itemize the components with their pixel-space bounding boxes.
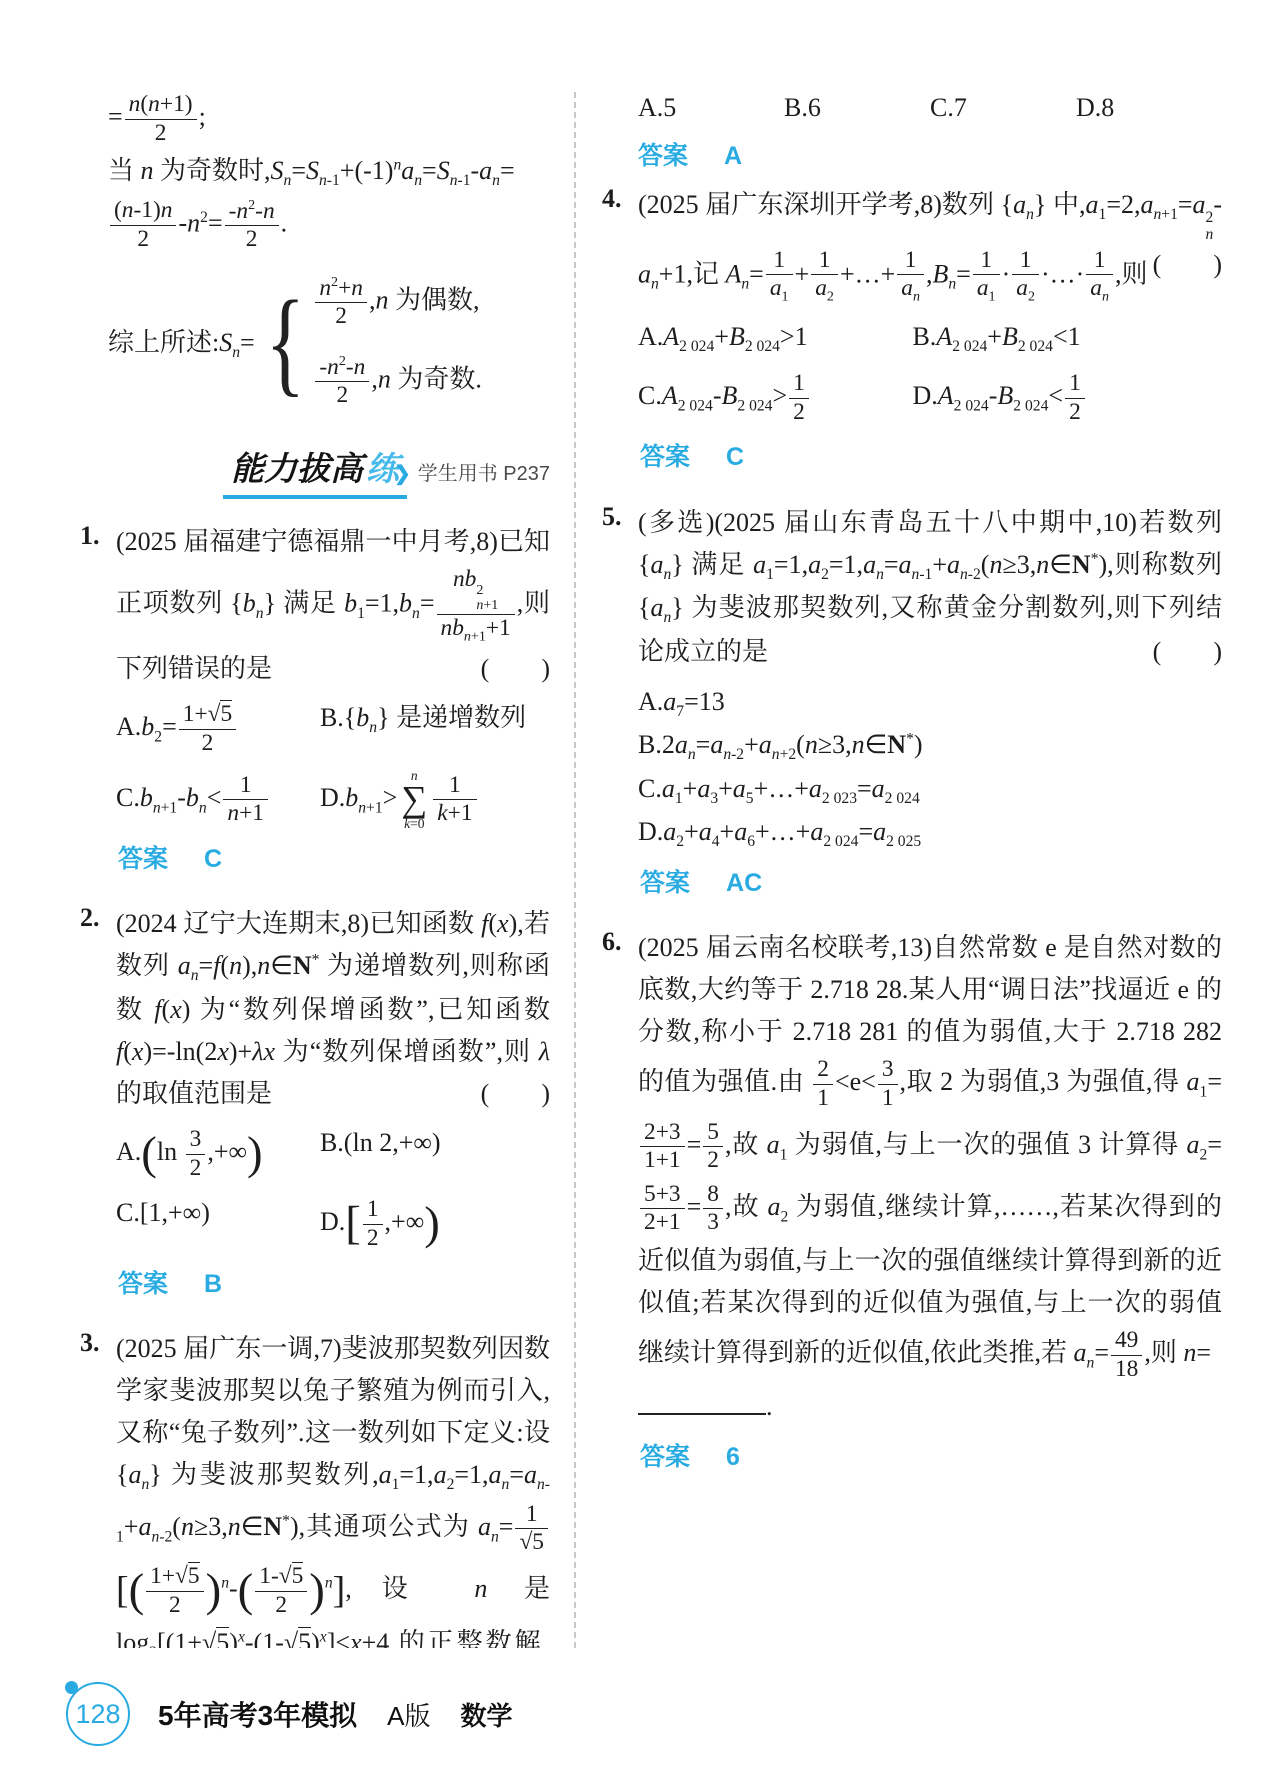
problem-2-option-c: C.[1,+∞): [116, 1193, 320, 1255]
problem-4-option-c: C.A2 024-B2 024>12: [638, 367, 912, 429]
problem-5-option-d: D.a2+a4+a6+…+a2 024=a2 025: [638, 811, 1222, 854]
problem-5-options: A.a7=13 B.2an=an-2+an+2(n≥3,n∈N*) C.a1+a…: [638, 681, 1222, 855]
answer-label: 答案: [118, 1264, 168, 1305]
problem-3-answer: 答案 A: [602, 136, 1222, 172]
answer-value: B: [204, 1264, 222, 1305]
page-number: 128: [75, 1699, 120, 1730]
problem-4-number: 4.: [602, 184, 638, 489]
page-number-badge: 128: [66, 1682, 130, 1746]
answer-label: 答案: [640, 1437, 690, 1478]
textbook-page: =n(n+1)2; 当 n 为奇数时,Sn=Sn-1+(-1)nan=Sn-1-…: [0, 0, 1276, 1790]
problem-1-option-b: B.{bn} 是递增数列: [320, 698, 550, 760]
problem-2-option-d: D.[12,+∞): [320, 1193, 550, 1255]
solution-line: =n(n+1)2;: [80, 88, 550, 150]
problem-3-option-c: C.7: [930, 88, 1076, 128]
problem-3-option-a: A.5: [638, 88, 784, 128]
section-ref-text: 学生用书 P237: [418, 463, 550, 485]
problem-4-answer: 答案 C: [638, 437, 1222, 478]
problem-3-stem: (2025 届广东一调,7)斐波那契数列因数学家斐波那契以兔子繁殖为例而引入,又…: [116, 1328, 550, 1648]
problem-6: 6. (2025 届云南名校联考,13)自然常数 e 是自然对数的底数,大约等于…: [602, 927, 1222, 1489]
problem-6-answer: 答案 6: [638, 1437, 1222, 1478]
problem-1-stem: (2025 届福建宁德福鼎一中月考,8)已知正项数列 {bn} 满足 b1=1,…: [116, 521, 550, 691]
answer-label: 答案: [640, 437, 690, 478]
chevron-right-icon: ❯: [394, 463, 411, 485]
problem-2-option-a: A.(ln 32,+∞): [116, 1123, 320, 1185]
section-title: 能力拔高练: [223, 443, 407, 499]
answer-value: AC: [726, 863, 762, 904]
case-even: n2+n2,n 为偶数,: [313, 271, 482, 334]
answer-label: 答案: [640, 863, 690, 904]
problem-1-option-d: D.bn+1>n∑k=01k+1: [320, 769, 550, 831]
problem-4-option-a: A.A2 024+B2 024>1: [638, 317, 912, 359]
left-column: =n(n+1)2; 当 n 为奇数时,Sn=Sn-1+(-1)nan=Sn-1-…: [80, 88, 550, 1648]
problem-6-number: 6.: [602, 927, 638, 1489]
problem-4-stem: (2025 届广东深圳开学考,8)数列 {an} 中,a1=2,an+1=a2n…: [638, 184, 1222, 308]
solution-cases: 综上所述:Sn= { n2+n2,n 为偶数, -n2-n2,n 为奇数.: [80, 271, 550, 413]
page-columns: =n(n+1)2; 当 n 为奇数时,Sn=Sn-1+(-1)nan=Sn-1-…: [0, 0, 1276, 1648]
problem-5-option-b: B.2an=an-2+an+2(n≥3,n∈N*): [638, 724, 1222, 767]
subject-label: 数学: [461, 1696, 513, 1733]
cases-brace: {: [265, 283, 305, 401]
answer-label: 答案: [638, 136, 688, 172]
problem-4: 4. (2025 届广东深圳开学考,8)数列 {an} 中,a1=2,an+1=…: [602, 184, 1222, 489]
problem-3: 3. (2025 届广东一调,7)斐波那契数列因数学家斐波那契以兔子繁殖为例而引…: [80, 1328, 550, 1648]
problem-1-answer: 答案 C: [116, 839, 550, 880]
problem-2-stem: (2024 辽宁大连期末,8)已知函数 f(x),若数列 an=f(n),n∈N…: [116, 903, 550, 1115]
problem-4-options: A.A2 024+B2 024>1 B.A2 024+B2 024<1 C.A2…: [638, 317, 1222, 430]
case-odd: -n2-n2,n 为奇数.: [313, 350, 482, 413]
problem-4-option-d: D.A2 024-B2 024<12: [912, 367, 1222, 429]
solution-block: =n(n+1)2; 当 n 为奇数时,Sn=Sn-1+(-1)nan=Sn-1-…: [80, 88, 550, 413]
answer-value: 6: [726, 1437, 740, 1478]
problem-5-option-a: A.a7=13: [638, 681, 1222, 724]
problem-3-option-b: B.6: [784, 88, 930, 128]
edition-label: A版: [387, 1696, 430, 1733]
problem-1-option-c: C.bn+1-bn<1n+1: [116, 769, 320, 831]
problem-6-blank: .: [638, 1386, 1222, 1428]
problem-5: 5. (多选)(2025 届山东青岛五十八中期中,10)若数列 {an} 满足 …: [602, 502, 1222, 915]
cases-intro: 综上所述:Sn=: [108, 322, 255, 362]
answer-value: C: [726, 437, 744, 478]
problem-3-number: 3.: [80, 1328, 116, 1648]
problem-5-number: 5.: [602, 502, 638, 915]
problem-3-option-d: D.8: [1076, 88, 1222, 128]
column-divider: [574, 92, 576, 1648]
problem-6-stem: (2025 届云南名校联考,13)自然常数 e 是自然对数的底数,大约等于 2.…: [638, 927, 1222, 1386]
problem-5-stem: (多选)(2025 届山东青岛五十八中期中,10)若数列 {an} 满足 a1=…: [638, 502, 1222, 673]
badge-dot-icon: [65, 1681, 78, 1694]
problem-2-number: 2.: [80, 903, 116, 1316]
problem-2: 2. (2024 辽宁大连期末,8)已知函数 f(x),若数列 an=f(n),…: [80, 903, 550, 1316]
section-ref: ❯学生用书 P237: [394, 457, 550, 486]
answer-value: C: [204, 839, 222, 880]
problem-2-option-b: B.(ln 2,+∞): [320, 1123, 550, 1185]
page-footer: 128 5年高考3年模拟 A版 数学: [66, 1682, 513, 1746]
solution-line: 当 n 为奇数时,Sn=Sn-1+(-1)nan=Sn-1-an=: [80, 150, 550, 193]
problem-5-option-c: C.a1+a3+a5+…+a2 023=a2 024: [638, 768, 1222, 811]
problem-3-options: A.5 B.6 C.7 D.8: [602, 88, 1222, 128]
problem-2-options: A.(ln 32,+∞) B.(ln 2,+∞) C.[1,+∞) D.[12,…: [116, 1123, 550, 1255]
problem-1-options: A.b2=1+√52 B.{bn} 是递增数列 C.bn+1-bn<1n+1 D…: [116, 698, 550, 830]
solution-line: (n-1)n2-n2=-n2-n2.: [80, 194, 550, 257]
answer-label: 答案: [118, 839, 168, 880]
problem-4-option-b: B.A2 024+B2 024<1: [912, 317, 1222, 359]
problem-5-answer: 答案 AC: [638, 863, 1222, 904]
answer-value: A: [724, 142, 742, 171]
problem-1-number: 1.: [80, 521, 116, 892]
section-header: 能力拔高练 ❯学生用书 P237: [80, 443, 550, 501]
problem-2-answer: 答案 B: [116, 1264, 550, 1305]
right-column: A.5 B.6 C.7 D.8 答案 A 4. (2025 届广东深圳开学考,8…: [602, 88, 1222, 1648]
book-title: 5年高考3年模拟: [158, 1694, 357, 1734]
section-title-main: 能力拔高: [231, 450, 363, 487]
problem-1: 1. (2025 届福建宁德福鼎一中月考,8)已知正项数列 {bn} 满足 b1…: [80, 521, 550, 892]
problem-1-option-a: A.b2=1+√52: [116, 698, 320, 760]
